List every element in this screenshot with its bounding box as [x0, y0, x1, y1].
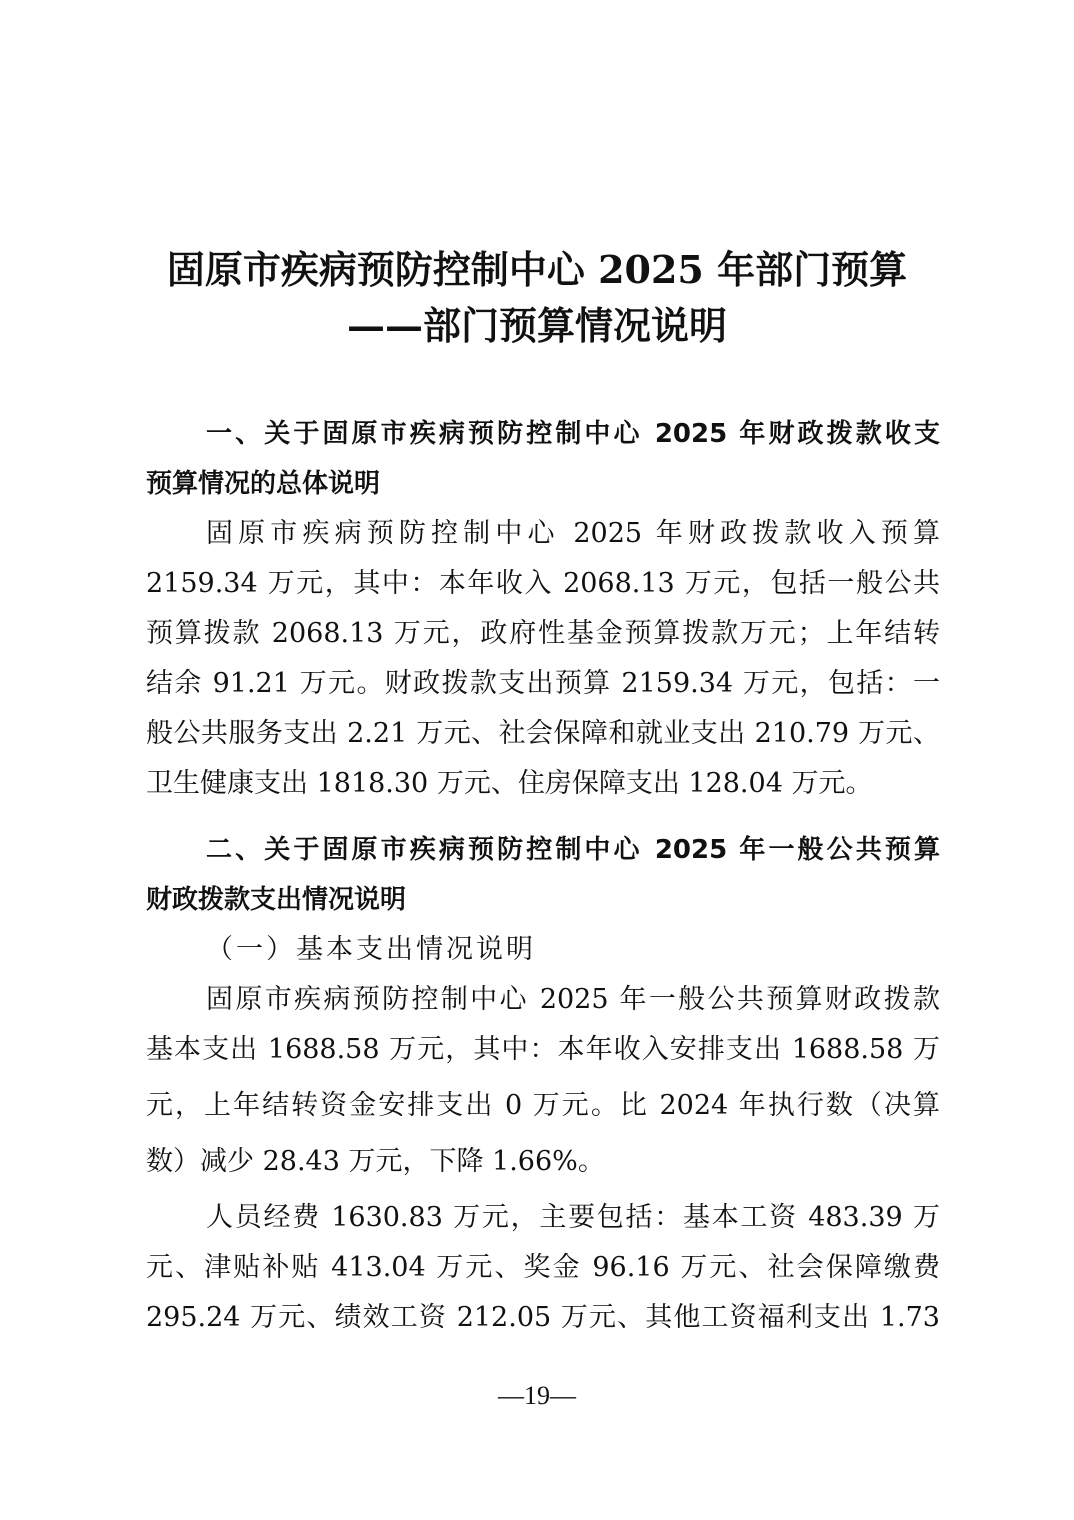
document-page: 固原市疾病预防控制中心 2025 年部门预算 ——部门预算情况说明 一、关于固原… [0, 0, 1074, 1520]
paragraph-line: 人员经费 1630.83 万元，主要包括：基本工资 483.39 万 [206, 1196, 940, 1240]
section-2-heading: 二、关于固原市疾病预防控制中心 2025 年一般公共预算 [206, 828, 940, 872]
subsection-heading: （一）基本支出情况说明 [206, 928, 536, 972]
paragraph-line: 元、津贴补贴 413.04 万元、奖金 96.16 万元、社会保障缴费 [146, 1246, 940, 1290]
document-title-line-2: ——部门预算情况说明 [0, 298, 1074, 354]
paragraph-line: 结余 91.21 万元。财政拨款支出预算 2159.34 万元，包括：一 [146, 662, 940, 706]
document-title-line-1: 固原市疾病预防控制中心 2025 年部门预算 [0, 242, 1074, 298]
section-2-heading-cont: 财政拨款支出情况说明 [146, 878, 940, 922]
paragraph-line: 数）减少 28.43 万元，下降 1.66%。 [146, 1140, 940, 1184]
section-1-heading: 一、关于固原市疾病预防控制中心 2025 年财政拨款收支 [206, 412, 940, 456]
paragraph-line: 元，上年结转资金安排支出 0 万元。比 2024 年执行数（决算 [146, 1084, 940, 1128]
paragraph-line: 295.24 万元、绩效工资 212.05 万元、其他工资福利支出 1.73 [146, 1296, 940, 1340]
paragraph-line: 固原市疾病预防控制中心 2025 年一般公共预算财政拨款 [206, 978, 940, 1022]
paragraph-line: 般公共服务支出 2.21 万元、社会保障和就业支出 210.79 万元、 [146, 712, 940, 756]
paragraph-line: 基本支出 1688.58 万元，其中：本年收入安排支出 1688.58 万 [146, 1028, 940, 1072]
paragraph-line: 卫生健康支出 1818.30 万元、住房保障支出 128.04 万元。 [146, 762, 940, 806]
paragraph-line: 2159.34 万元，其中：本年收入 2068.13 万元，包括一般公共 [146, 562, 940, 606]
paragraph-line: 预算拨款 2068.13 万元，政府性基金预算拨款万元；上年结转 [146, 612, 940, 656]
page-number: —19— [0, 1376, 1074, 1416]
section-1-heading-cont: 预算情况的总体说明 [146, 462, 940, 506]
paragraph-line: 固原市疾病预防控制中心 2025 年财政拨款收入预算 [206, 512, 940, 556]
